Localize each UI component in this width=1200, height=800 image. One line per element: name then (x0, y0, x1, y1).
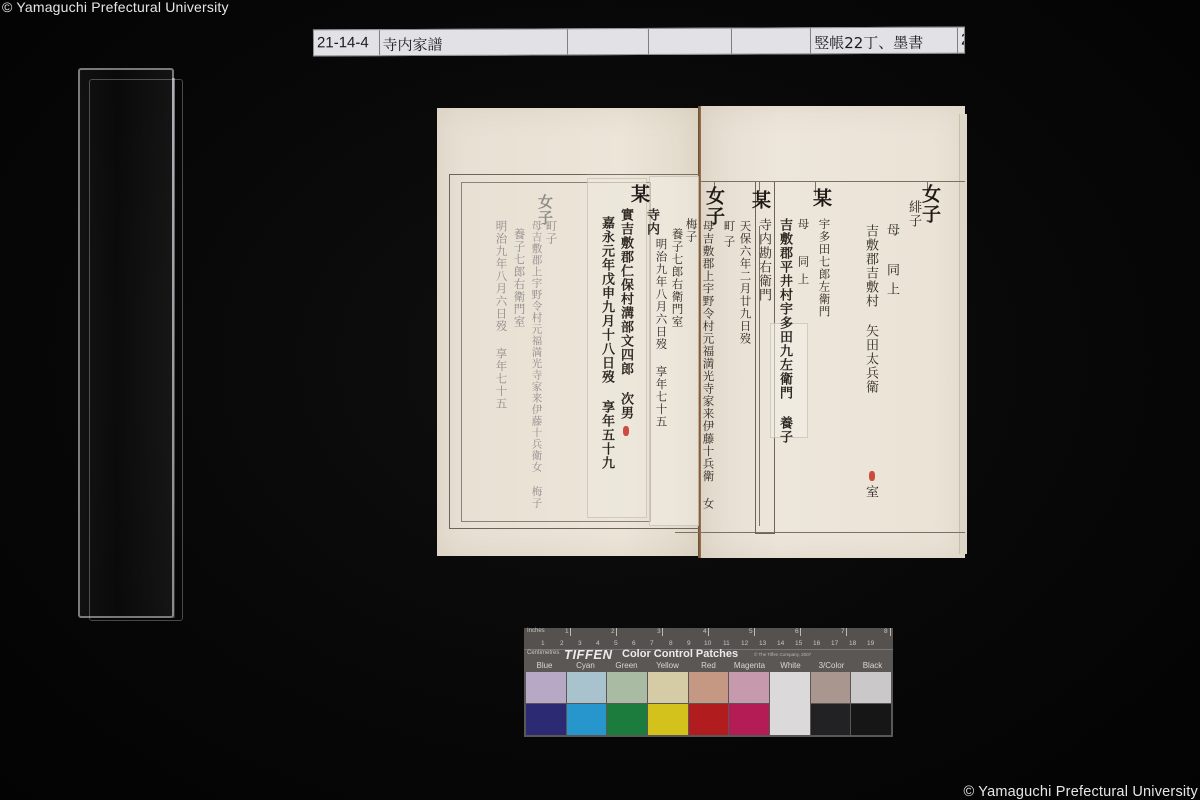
copyright-credit-top: © Yamaguchi Prefectural University (2, 0, 229, 15)
color-patch-black-tint (851, 672, 891, 703)
cm-tick-label: 14 (777, 640, 784, 647)
cm-tick-label: 4 (596, 640, 600, 647)
red-seal-mark (623, 426, 629, 436)
cm-tick-label: 6 (632, 640, 636, 647)
color-patch-grid (526, 672, 891, 735)
dimensions: 24.6×16.8 (958, 28, 964, 53)
entry-heading-terauchi: 寺内 (645, 208, 658, 236)
open-document-book: 女子 緋子 母 同上 吉敷郡吉敷村 矢田太兵衛 室 某 宇多田七郎左衛門 母 同… (437, 108, 965, 556)
entry-line: 宇多田七郎左衛門 (818, 218, 830, 318)
cm-tick-label: 1 (541, 640, 545, 647)
color-patch-3color (811, 704, 851, 735)
entry-line-faint: 養子七郎右衛門室 (513, 228, 525, 328)
tick (662, 628, 663, 636)
cm-tick-label: 2 (560, 640, 564, 647)
copyright-credit-bottom: © Yamaguchi Prefectural University (963, 784, 1198, 800)
color-patch-blue-tint (526, 672, 566, 703)
color-control-card: Inches 1 2 3 4 5 6 7 8 1 2 3 4 5 6 7 (524, 628, 893, 737)
genealogy-connector-line (587, 174, 699, 175)
entry-heading-son: 某 (750, 190, 769, 210)
patch-label-white: White (770, 661, 811, 670)
entry-heading-son: 某 (629, 184, 648, 204)
entry-line: 母 同上 (797, 218, 809, 291)
cm-tick-label: 13 (759, 640, 766, 647)
cm-tick-label: 17 (831, 640, 838, 647)
cm-tick-label: 10 (704, 640, 711, 647)
card-title: Color Control Patches (622, 648, 738, 660)
tick (754, 628, 755, 636)
inch-tick-label: 4 (703, 628, 707, 635)
entry-name: 緋子 (907, 200, 920, 228)
patch-labels: Blue Cyan Green Yellow Red Magenta White… (524, 661, 893, 670)
catalog-number: 21-14-4 (314, 30, 380, 55)
tick (800, 628, 801, 636)
entry-line: 母吉敷郡上宇野令村元福満光寺家来伊藤十兵衛 女 (702, 220, 714, 510)
entry-line: 天保六年二月廿九日歿 (739, 220, 751, 345)
color-patch-green-tint (607, 672, 647, 703)
patch-label-black: Black (852, 661, 893, 670)
inch-tick-label: 2 (611, 628, 615, 635)
ruler-centimetres-label: Centimetres (527, 650, 559, 656)
tick (708, 628, 709, 636)
cm-tick-label: 11 (723, 640, 730, 647)
patch-label-yellow: Yellow (647, 661, 688, 670)
paste-slip (587, 178, 647, 518)
color-patch-yellow-tint (648, 672, 688, 703)
entry-line-faint: 明治九年八月六日歿 享年七十五 (495, 220, 507, 410)
entry-heading-daughter: 女子 (920, 184, 939, 224)
color-patch-red (689, 704, 729, 735)
entry-heading-son: 某 (811, 188, 830, 208)
blank-cell (732, 28, 812, 53)
cm-tick-label: 12 (741, 640, 748, 647)
color-patch-blue (526, 704, 566, 735)
acrylic-weight-bar-inner (89, 79, 183, 621)
color-patch-cyan (567, 704, 607, 735)
format-description: 竪帳22丁、墨書 (811, 28, 958, 54)
color-patch-cyan-tint (567, 672, 607, 703)
tiffen-logo: TIFFEN (564, 647, 613, 662)
entry-line: 吉敷郡平井村宇多田九左衛門 養子 (778, 218, 791, 444)
color-patch-magenta-tint (729, 672, 769, 703)
color-patch-black (851, 704, 891, 735)
color-patch-white (770, 672, 810, 735)
color-patch-green (607, 704, 647, 735)
cm-tick-label: 16 (813, 640, 820, 647)
tick (616, 628, 617, 636)
acrylic-weight-bar-edge (172, 78, 175, 618)
entry-line-faint: 母吉敷郡上宇野令村元福満光寺家来伊藤十兵衛女 梅子 (531, 220, 542, 509)
cm-tick-label: 5 (614, 640, 618, 647)
cm-tick-label: 9 (687, 640, 691, 647)
tick (846, 628, 847, 636)
entry-line: 梅子 (685, 218, 697, 243)
cm-tick-label: 3 (578, 640, 582, 647)
entry-name: 町子 (723, 220, 735, 251)
color-patch-magenta (729, 704, 769, 735)
cm-tick-label: 18 (849, 640, 856, 647)
tick (890, 628, 891, 636)
blank-cell (568, 29, 649, 54)
entry-name-faint: 町子 (545, 220, 557, 245)
inch-tick-label: 6 (795, 628, 799, 635)
bottom-rule (675, 532, 965, 533)
patch-label-magenta: Magenta (729, 661, 770, 670)
blank-cell (649, 29, 731, 54)
entry-line: 嘉永元年戊申九月十八日歿 享年五十九 (600, 216, 613, 470)
tick (570, 628, 571, 636)
entry-line: 明治九年八月六日歿 享年七十五 (655, 238, 667, 428)
page-edge (959, 114, 967, 554)
color-patch-yellow (648, 704, 688, 735)
patch-label-green: Green (606, 661, 647, 670)
cm-tick-label: 19 (867, 640, 874, 647)
card-copyright: © The Tiffen Company, 2007 (754, 652, 811, 657)
inch-tick-label: 8 (884, 628, 888, 635)
color-patch-3color-tint (811, 672, 851, 703)
inch-tick-label: 1 (565, 628, 569, 635)
entry-line: 吉敷郡吉敷村 矢田太兵衛 (864, 224, 877, 394)
entry-line: 實吉敷郡仁保村溝部文四郎 次男 (619, 208, 632, 420)
entry-line: 室 (864, 485, 877, 499)
patch-label-blue: Blue (524, 661, 565, 670)
genealogy-connector-line (701, 181, 965, 182)
patch-label-cyan: Cyan (565, 661, 606, 670)
entry-line: 母 同上 (885, 223, 898, 301)
ruler-inches-label: Inches (527, 628, 545, 634)
cm-tick-label: 7 (650, 640, 654, 647)
inch-tick-label: 5 (749, 628, 753, 635)
color-patch-red-tint (689, 672, 729, 703)
cm-tick-label: 15 (795, 640, 802, 647)
cm-tick-label: 8 (669, 640, 673, 647)
inch-tick-label: 3 (657, 628, 661, 635)
patch-label-red: Red (688, 661, 729, 670)
catalog-label-strip: 21-14-4 寺内家譜 竪帳22丁、墨書 24.6×16.8 (313, 27, 965, 57)
document-title: 寺内家譜 (379, 29, 568, 55)
inch-tick-label: 7 (841, 628, 845, 635)
entry-line: 養子七郎右衛門室 (671, 228, 683, 328)
red-seal-mark (869, 471, 875, 481)
entry-line: 寺内勘右衛門 (757, 218, 770, 302)
patch-label-3color: 3/Color (811, 661, 852, 670)
